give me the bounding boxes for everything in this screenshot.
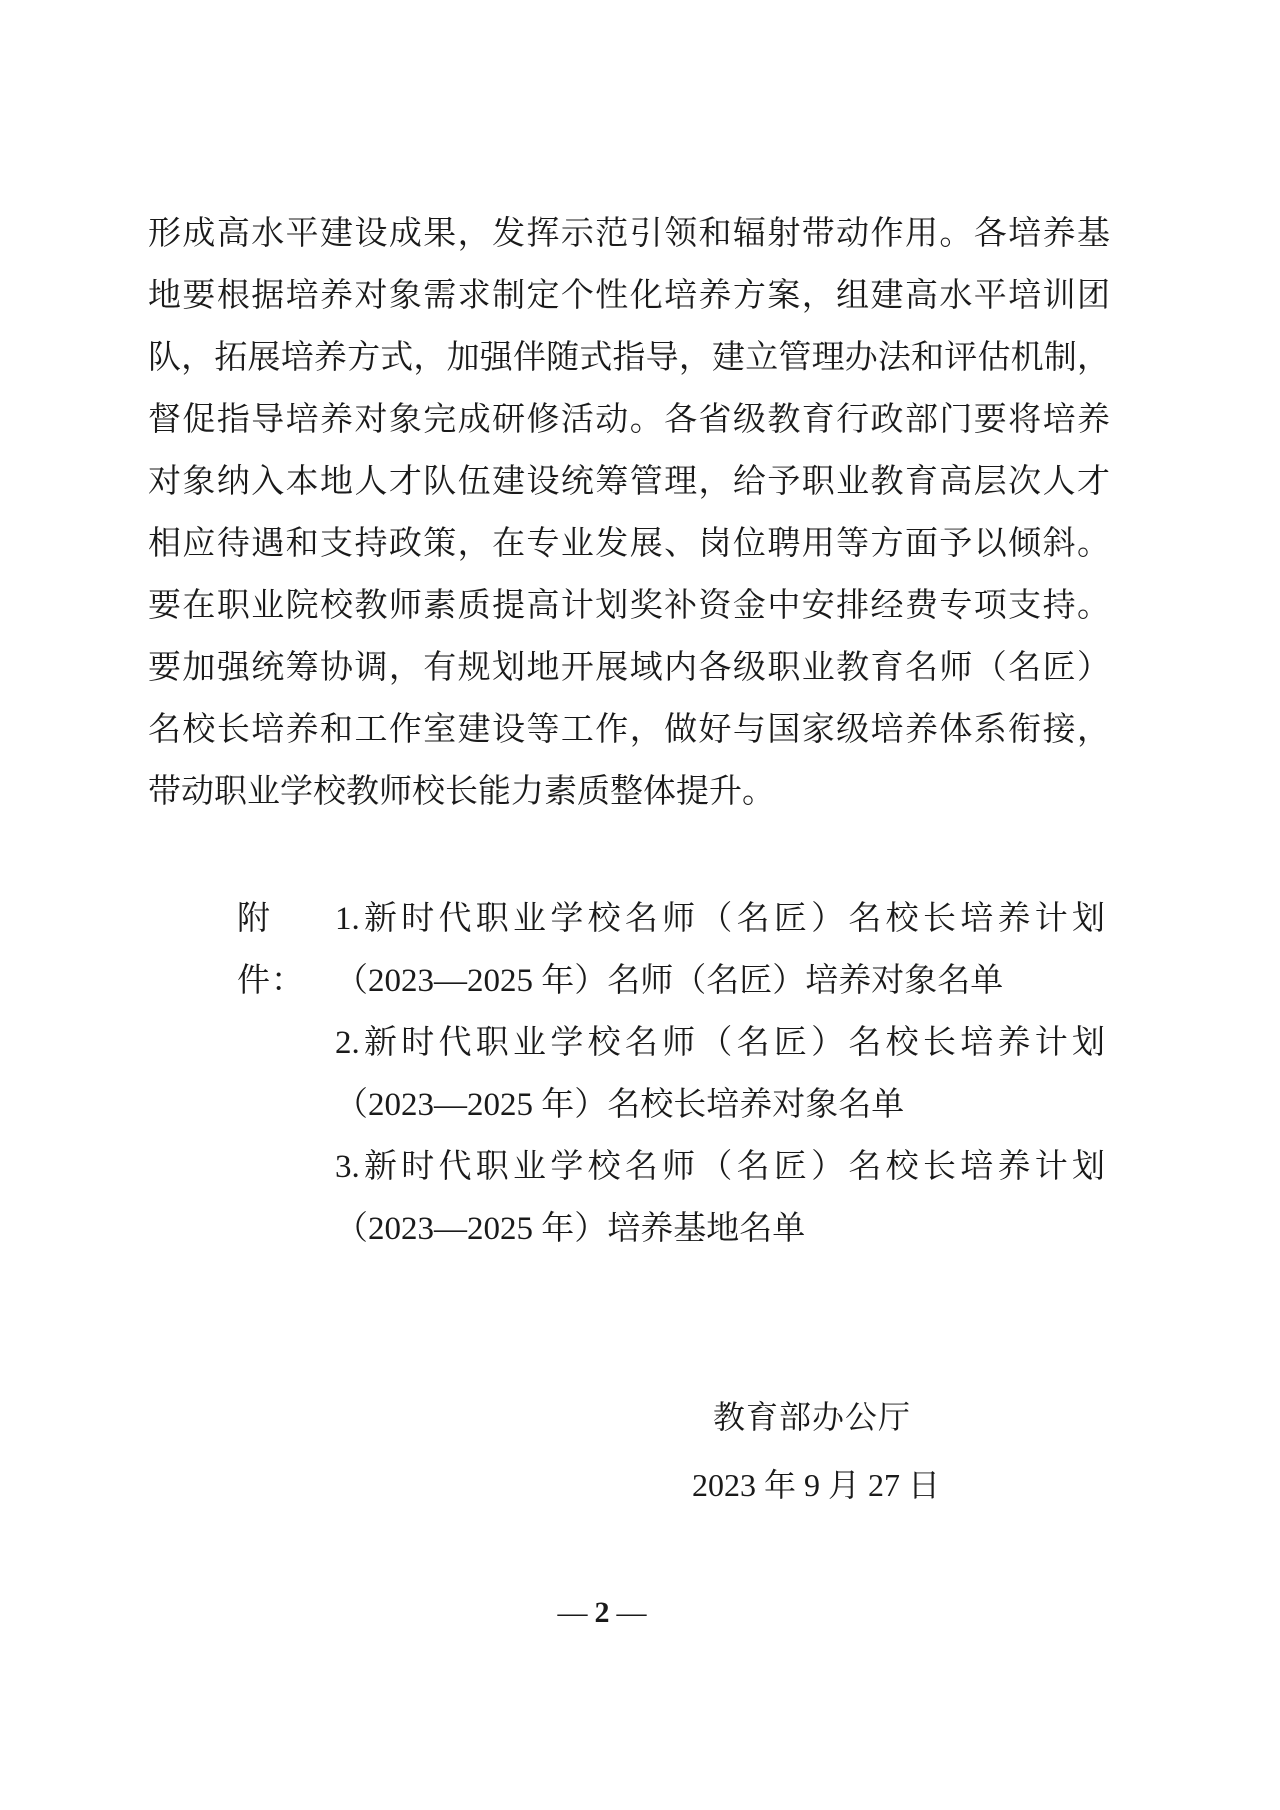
paragraph-line: 带动职业学校教师校长能力素质整体提升。 — [148, 761, 1110, 823]
attachment-label: 附件： — [237, 888, 335, 950]
signature: 教育部办公厅 — [712, 1386, 912, 1448]
attachment-list: 1.新时代职业学校名师（名匠）名校长培养计划 （2023—2025 年）名师（名… — [335, 888, 1105, 1260]
attachment-item-line: 1.新时代职业学校名师（名匠）名校长培养计划 — [335, 888, 1105, 950]
attachment-item-line: （2023—2025 年）名校长培养对象名单 — [335, 1074, 1105, 1136]
paragraph-line: 要加强统筹协调，有规划地开展域内各级职业教育名师（名匠） — [148, 637, 1110, 699]
document-page: 形成高水平建设成果，发挥示范引领和辐射带动作用。各培养基 地要根据培养对象需求制… — [0, 0, 1280, 1810]
paragraph-line: 要在职业院校教师素质提高计划奖补资金中安排经费专项支持。 — [148, 575, 1110, 637]
attachment-item-line: （2023—2025 年）名师（名匠）培养对象名单 — [335, 950, 1105, 1012]
footer-dash-right: — — [617, 1596, 647, 1629]
body-paragraph: 形成高水平建设成果，发挥示范引领和辐射带动作用。各培养基 地要根据培养对象需求制… — [148, 203, 1110, 823]
attachment-item-line: 2.新时代职业学校名师（名匠）名校长培养计划 — [335, 1012, 1105, 1074]
attachment-item-line: 3.新时代职业学校名师（名匠）名校长培养计划 — [335, 1136, 1105, 1198]
attachment-item-line: （2023—2025 年）培养基地名单 — [335, 1198, 1105, 1260]
date: 2023 年 9 月 27 日 — [666, 1454, 966, 1516]
footer-number: 2 — [588, 1596, 617, 1629]
footer-dash-left: — — [558, 1596, 588, 1629]
paragraph-line: 形成高水平建设成果，发挥示范引领和辐射带动作用。各培养基 — [148, 203, 1110, 265]
page-number: —2— — [502, 1593, 702, 1633]
paragraph-line: 督促指导培养对象完成研修活动。各省级教育行政部门要将培养 — [148, 389, 1110, 451]
paragraph-line: 地要根据培养对象需求制定个性化培养方案，组建高水平培训团 — [148, 265, 1110, 327]
paragraph-line: 名校长培养和工作室建设等工作，做好与国家级培养体系衔接， — [148, 699, 1110, 761]
attachment-block: 附件： 1.新时代职业学校名师（名匠）名校长培养计划 （2023—2025 年）… — [237, 888, 1105, 1260]
paragraph-line: 队，拓展培养方式，加强伴随式指导，建立管理办法和评估机制， — [148, 327, 1110, 389]
paragraph-line: 对象纳入本地人才队伍建设统筹管理，给予职业教育高层次人才 — [148, 451, 1110, 513]
paragraph-line: 相应待遇和支持政策，在专业发展、岗位聘用等方面予以倾斜。 — [148, 513, 1110, 575]
